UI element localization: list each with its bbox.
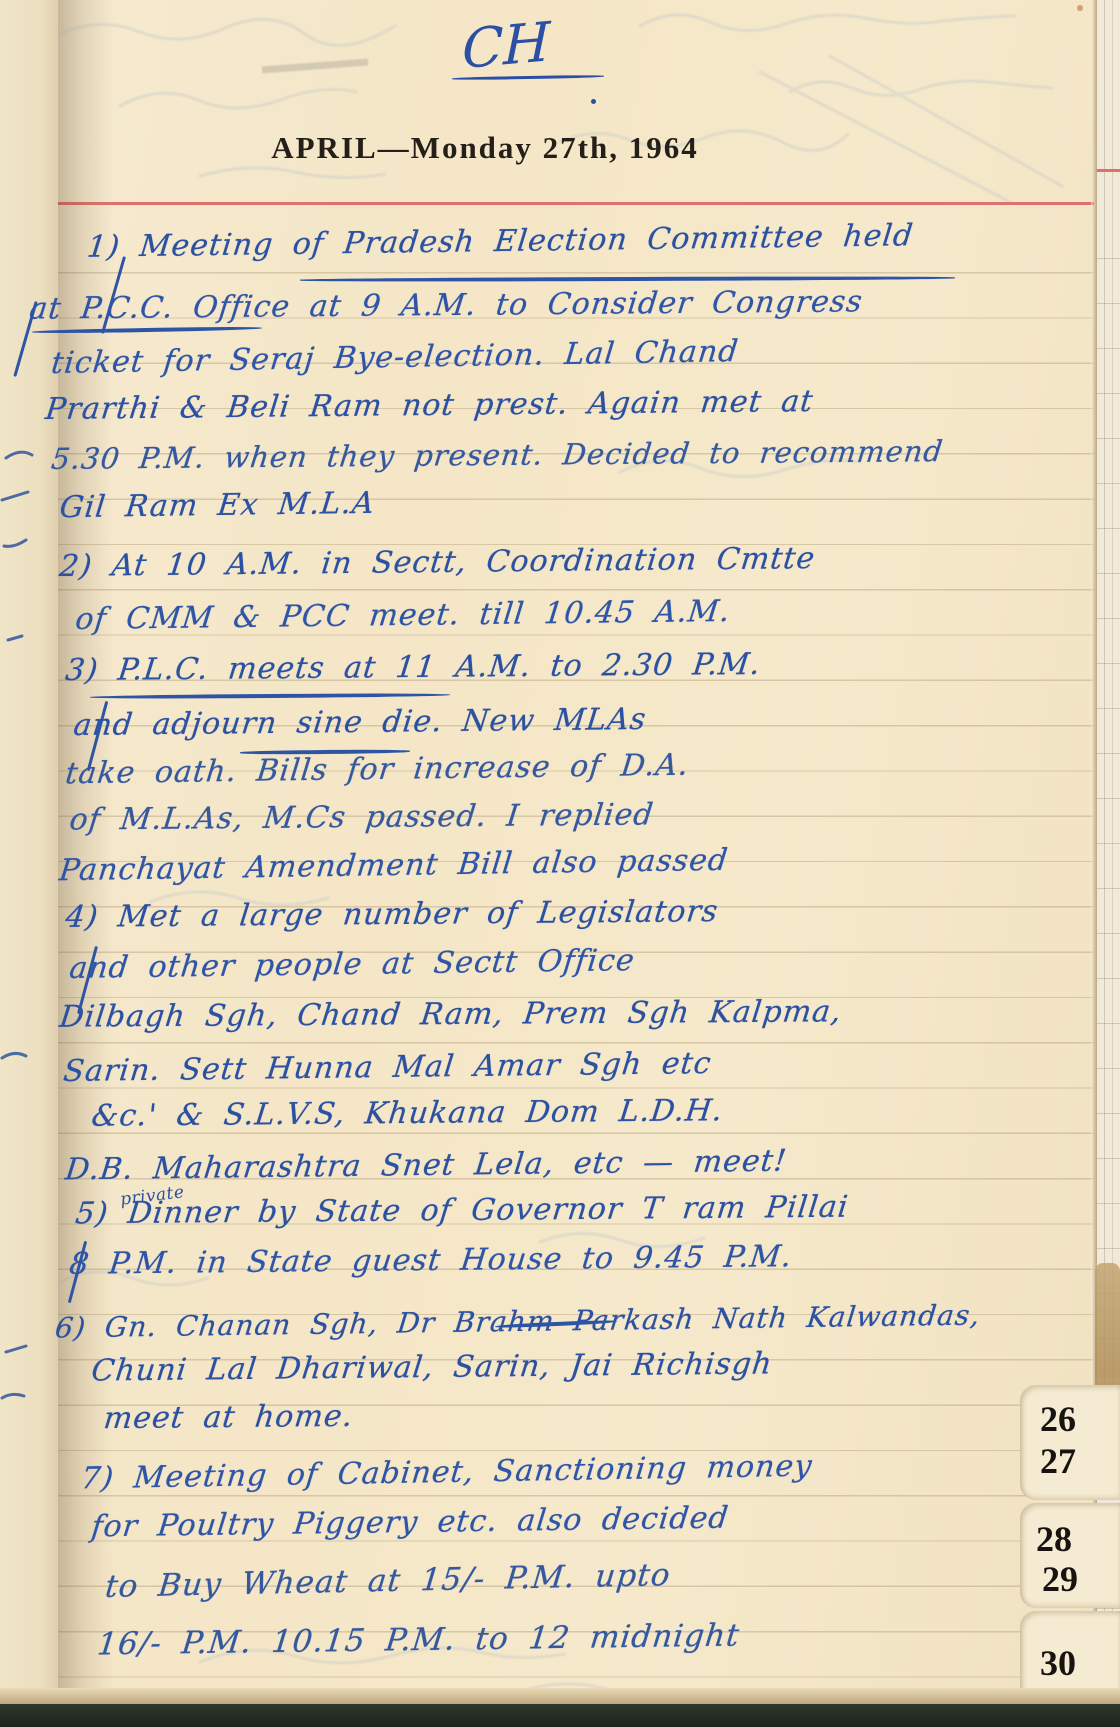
tab-number: 27: [1040, 1440, 1076, 1482]
diary-line: Chuni Lal Dhariwal, Sarin, Jai Richisgh: [90, 1346, 775, 1388]
tab-number: 28: [1036, 1518, 1072, 1560]
diary-line: and adjourn sine die. New MLAs: [72, 702, 649, 743]
diary-line: meet at home.: [102, 1399, 355, 1436]
previous-page-edge: [0, 0, 58, 1727]
page-bottom-edge: [0, 1688, 1120, 1704]
diary-line: 3) P.L.C. meets at 11 A.M. to 2.30 P.M.: [64, 647, 763, 688]
monogram-initials: CH: [462, 10, 551, 81]
tab-number: 26: [1040, 1398, 1076, 1440]
diary-line: 5) Dinner by State of Governor T ram Pil…: [74, 1190, 851, 1232]
diary-line: at P.C.C. Office at 9 A.M. to Consider C…: [28, 284, 865, 326]
paper-speck: [1077, 5, 1083, 11]
diary-page-scan: CH APRIL—Monday 27th, 1964 1) Meeting of…: [0, 0, 1120, 1727]
tab-number: 29: [1042, 1558, 1078, 1600]
tab-number: 30: [1040, 1642, 1076, 1684]
next-page-red-rule: [1097, 169, 1120, 172]
ink-dot: [591, 99, 596, 104]
diary-line: Dilbagh Sgh, Chand Ram, Prem Sgh Kalpma,: [58, 994, 844, 1034]
diary-line: Gil Ram Ex M.L.A: [58, 486, 377, 525]
book-cover-edge: [0, 1704, 1120, 1727]
printed-red-rule: [0, 202, 1094, 205]
diary-line: of M.L.As, M.Cs passed. I replied: [68, 797, 656, 837]
diary-line: &c.' & S.L.V.S, Khukana Dom L.D.H.: [90, 1093, 725, 1134]
page-date-header: APRIL—Monday 27th, 1964: [0, 130, 970, 166]
diary-line: 4) Met a large number of Legislators: [64, 894, 721, 935]
